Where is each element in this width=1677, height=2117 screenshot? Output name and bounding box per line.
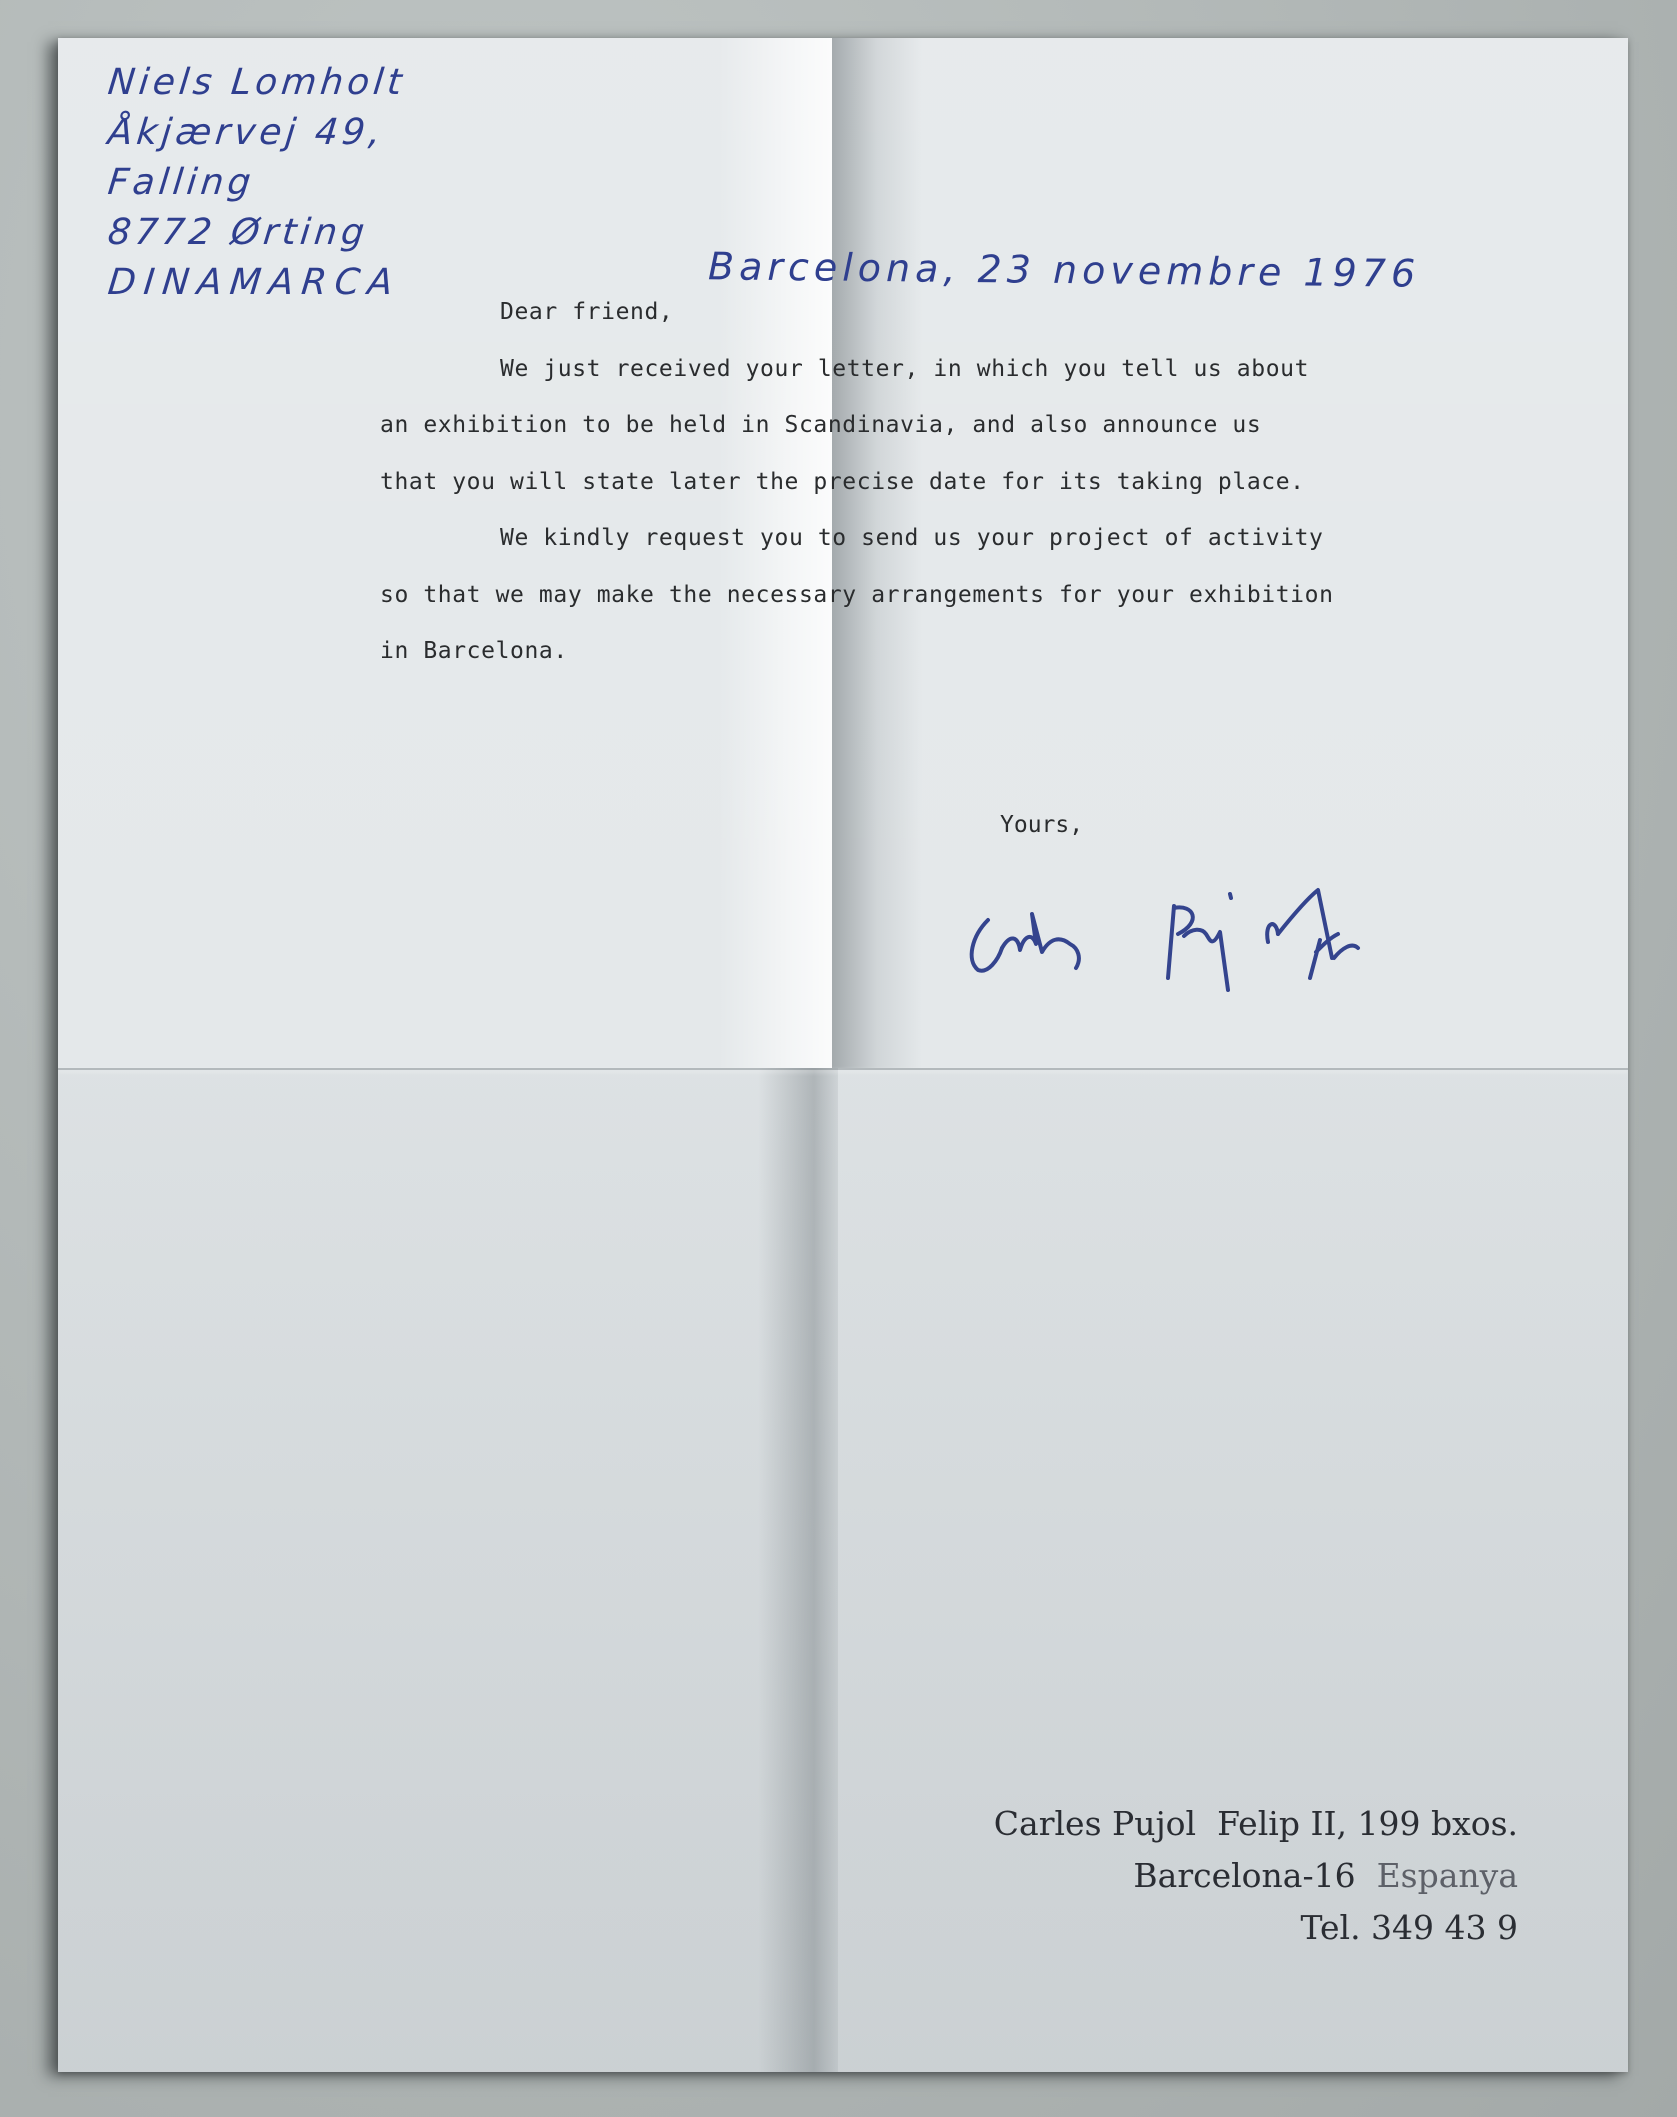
stamp-line-2: Barcelona-16 Espanya	[994, 1850, 1518, 1902]
stamp-sender-name: Carles Pujol	[994, 1804, 1196, 1843]
handwritten-recipient-address: Niels Lomholt Åkjærvej 49, Falling 8772 …	[108, 58, 405, 308]
stamp-street-address: Felip II, 199 bxos.	[1217, 1804, 1518, 1843]
address-line-name: Niels Lomholt	[105, 58, 408, 108]
body-p2-line3: in Barcelona.	[380, 623, 1580, 680]
vertical-fold-shadow-lower	[758, 1068, 838, 2072]
salutation: Dear friend,	[380, 284, 1580, 341]
horizontal-fold-crease	[58, 1068, 1628, 1070]
stamp-line-1: Carles Pujol Felip II, 199 bxos.	[994, 1798, 1518, 1850]
stamp-city: Barcelona-16	[1133, 1856, 1355, 1895]
letter-sheet: Niels Lomholt Åkjærvej 49, Falling 8772 …	[58, 38, 1628, 2072]
closing: Yours,	[1000, 812, 1083, 838]
address-line-postcode-town: 8772 Ørting	[105, 208, 408, 258]
sender-address-stamp: Carles Pujol Felip II, 199 bxos. Barcelo…	[994, 1798, 1518, 1954]
address-line-country: DINAMARCA	[105, 258, 408, 308]
body-p2-line2: so that we may make the necessary arrang…	[380, 567, 1580, 624]
body-p1-line1: We just received your letter, in which y…	[380, 341, 1580, 398]
body-p2-line1: We kindly request you to send us your pr…	[380, 510, 1580, 567]
body-p1-line2: an exhibition to be held in Scandinavia,…	[380, 397, 1580, 454]
stamp-country: Espanya	[1377, 1856, 1518, 1895]
letter-body: Dear friend, We just received your lette…	[380, 284, 1580, 680]
handwritten-signature	[958, 878, 1468, 998]
address-line-street: Åkjærvej 49,	[105, 108, 408, 158]
address-line-locality: Falling	[105, 158, 408, 208]
body-p1-line3: that you will state later the precise da…	[380, 454, 1580, 511]
stamp-phone: Tel. 349 43 9	[994, 1902, 1518, 1954]
